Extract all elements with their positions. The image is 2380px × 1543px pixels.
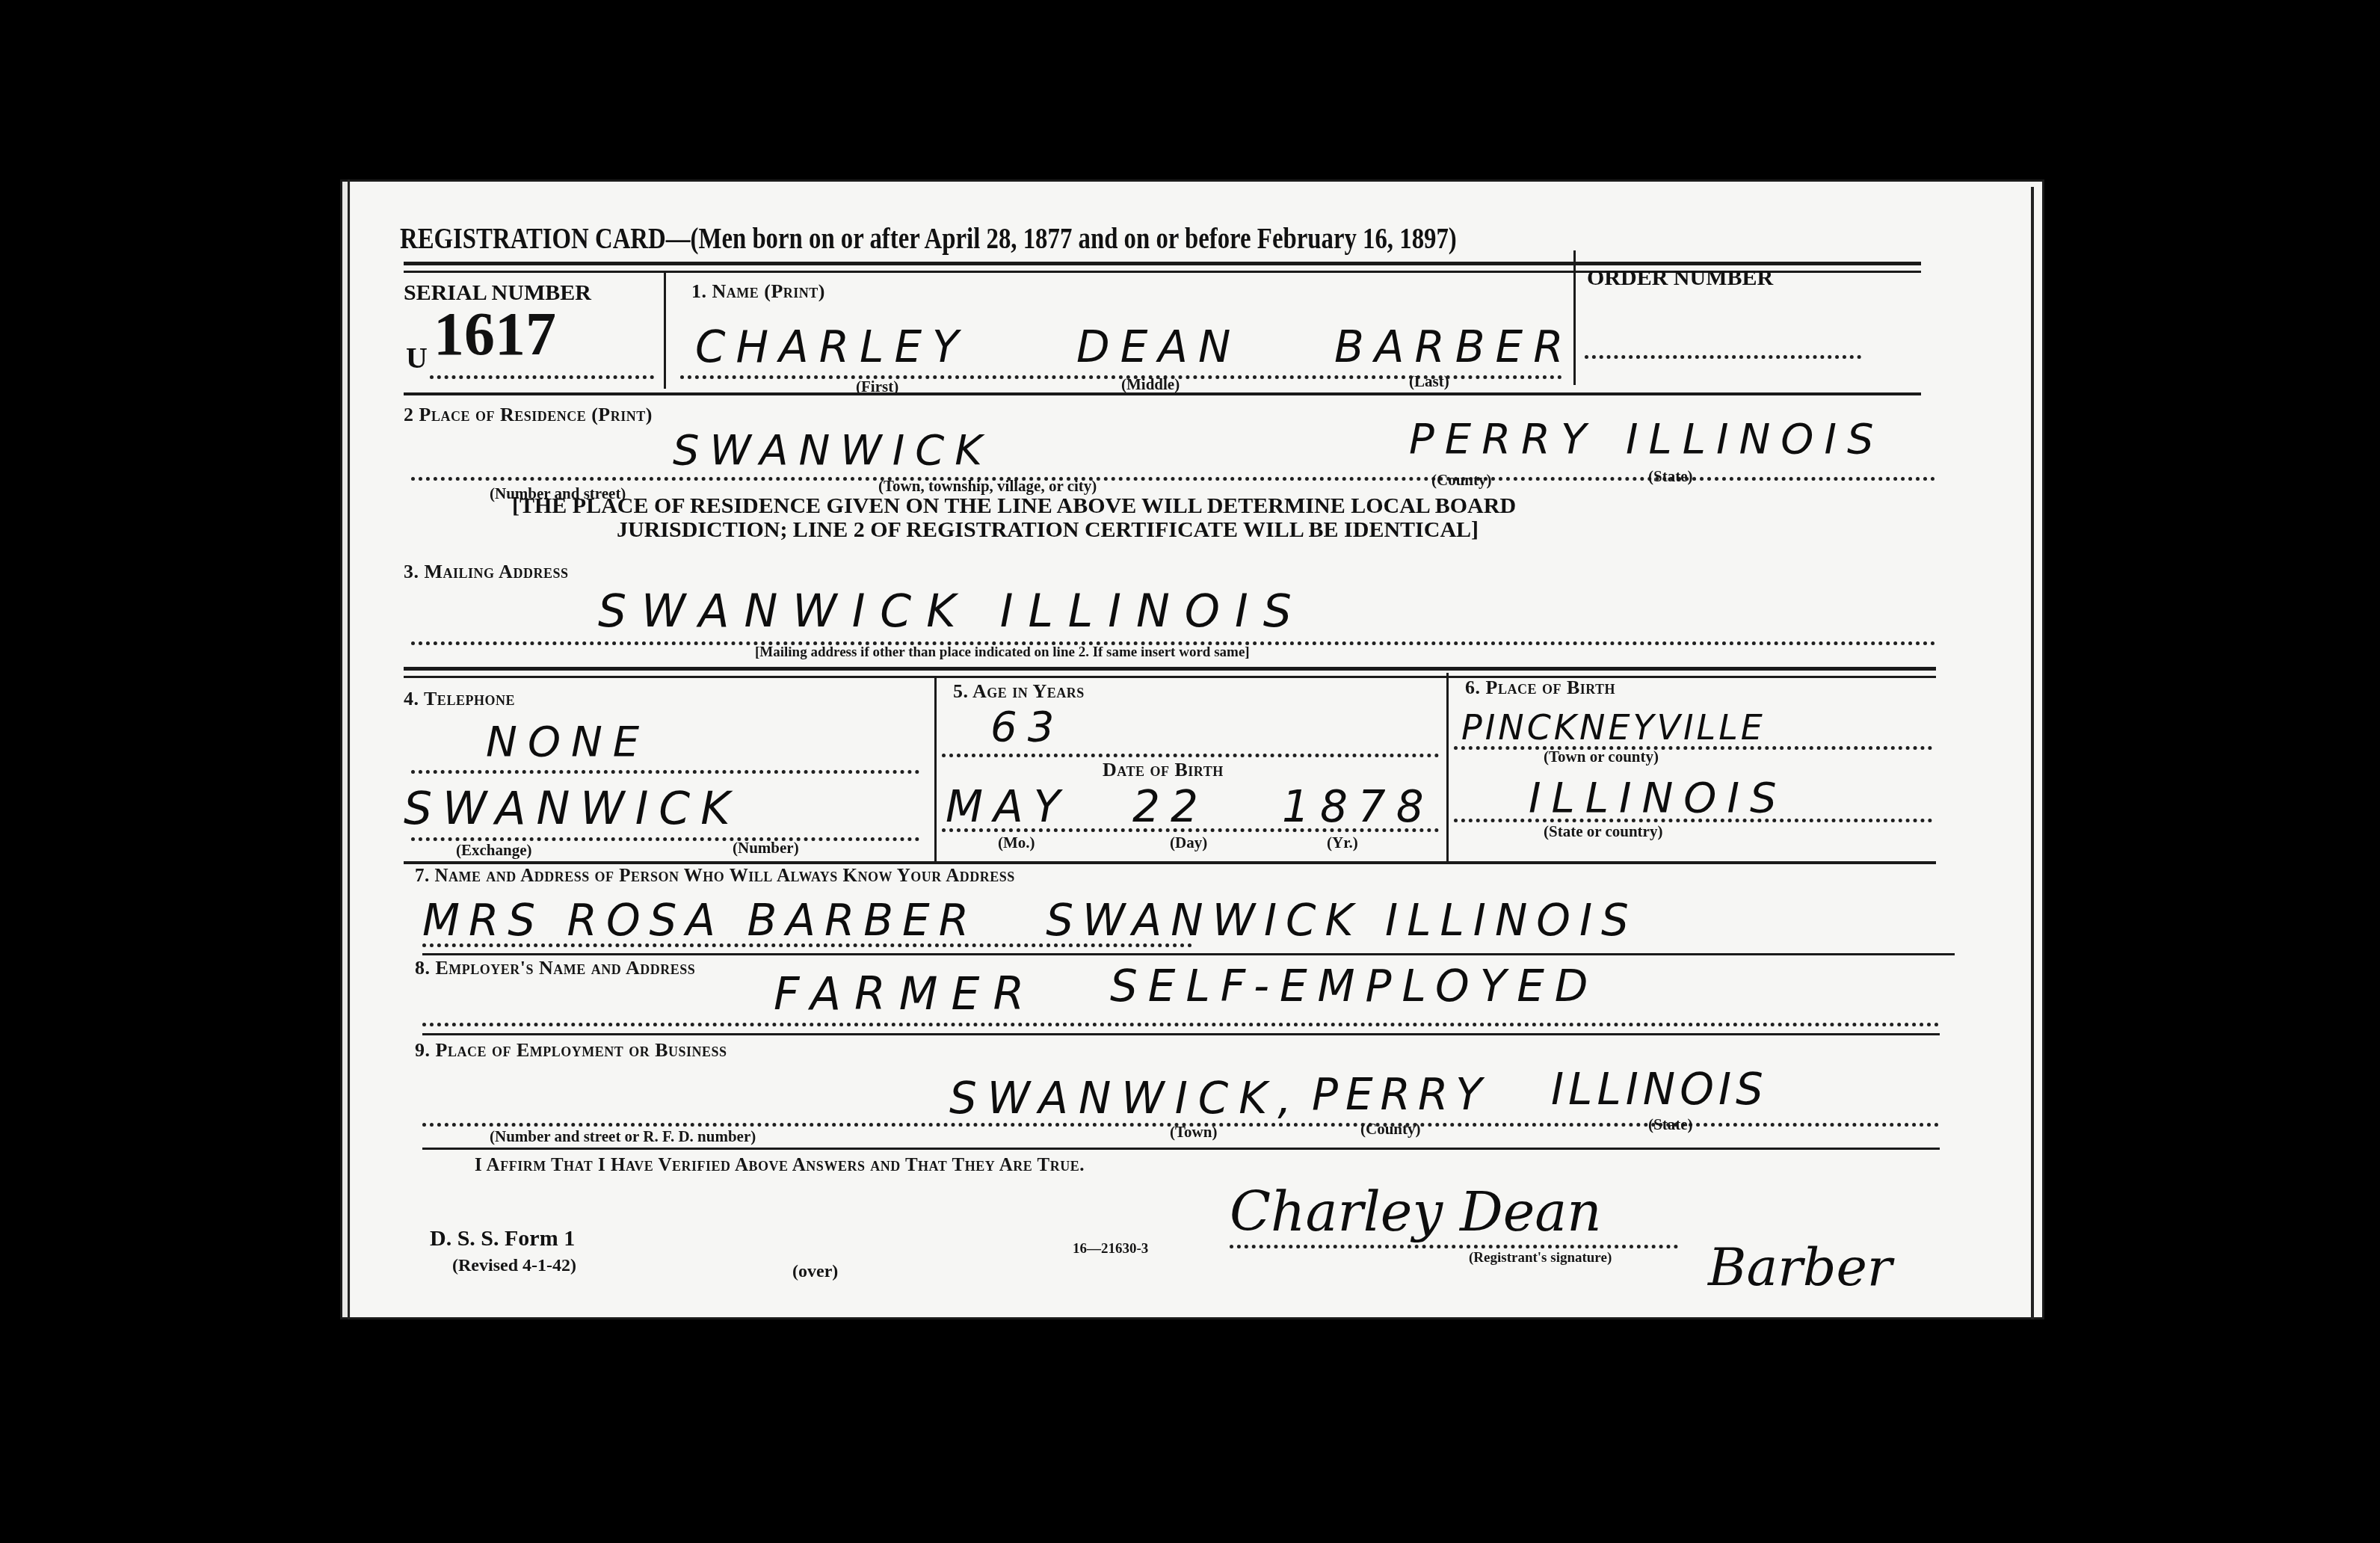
employer-name: Farmer <box>774 972 1038 1017</box>
residence-state: Illinois <box>1626 419 1884 461</box>
employment-county: Perry <box>1312 1073 1490 1116</box>
registrant-signature-line1: Charley Dean <box>1230 1185 1602 1239</box>
age-label: 5. Age in Years <box>953 680 1085 703</box>
dob-month: May <box>946 785 1070 828</box>
name-last-caption: (Last) <box>1409 372 1449 391</box>
age-value: 63 <box>990 706 1064 748</box>
date-of-birth-label: Date of Birth <box>1103 759 1224 781</box>
affirmation-text: I Affirm That I Have Verified Above Answ… <box>475 1155 1085 1176</box>
registration-card: REGISTRATION CARD—(Men born on or after … <box>340 179 2044 1319</box>
birthplace-town: Pinckneyville <box>1461 710 1766 745</box>
dob-day-caption: (Day) <box>1170 834 1207 852</box>
birthplace-state: Illinois <box>1529 777 1786 819</box>
name-label: 1. Name (Print) <box>691 280 825 303</box>
employment-town-caption: (Town) <box>1170 1123 1217 1142</box>
serial-prefix: U <box>406 340 428 375</box>
contact-person-value: Mrs Rosa Barber Swanwick Illinois <box>422 899 1638 942</box>
form-number: D. S. S. Form 1 <box>430 1226 575 1251</box>
name-middle-caption: (Middle) <box>1121 375 1180 394</box>
employer-label: 8. Employer's Name and Address <box>415 957 695 979</box>
place-of-birth-label: 6. Place of Birth <box>1465 677 1615 699</box>
telephone-number-caption: (Number) <box>733 839 799 857</box>
dob-month-caption: (Mo.) <box>998 834 1035 852</box>
contact-person-label: 7. Name and Address of Person Who Will A… <box>415 866 1015 887</box>
residence-county: Perry <box>1409 419 1597 461</box>
telephone-exchange: Swanwick <box>404 786 741 831</box>
residence-county-caption: (County) <box>1431 471 1492 490</box>
print-code: 16—21630-3 <box>1073 1241 1148 1257</box>
name-last: Barber <box>1334 325 1574 369</box>
birthplace-state-caption: (State or country) <box>1544 822 1662 841</box>
form-revised: (Revised 4-1-42) <box>452 1256 576 1276</box>
residence-label: 2 Place of Residence (Print) <box>404 404 653 426</box>
employment-county-caption: (County) <box>1360 1120 1421 1139</box>
birthplace-town-caption: (Town or county) <box>1544 748 1659 766</box>
over-indicator: (over) <box>792 1262 838 1282</box>
employment-place-label: 9. Place of Employment or Business <box>415 1039 727 1062</box>
residence-state-caption: (State) <box>1648 467 1692 486</box>
card-title: REGISTRATION CARD <box>400 221 666 255</box>
card-title-subtitle: —(Men born on or after April 28, 1877 an… <box>666 221 1457 255</box>
employment-state-caption: (State) <box>1648 1115 1692 1134</box>
card-title-row: REGISTRATION CARD—(Men born on or after … <box>400 221 1457 256</box>
signature-caption: (Registrant's signature) <box>1469 1250 1612 1266</box>
name-middle: Dean <box>1076 325 1241 369</box>
employer-address: Self-Employed <box>1110 964 1598 1008</box>
dob-day: 22 <box>1132 785 1209 828</box>
mailing-address-value: Swanwick Illinois <box>598 589 1307 634</box>
mailing-address-label: 3. Mailing Address <box>404 561 568 583</box>
dob-year-caption: (Yr.) <box>1327 834 1358 852</box>
name-first: Charley <box>695 325 969 369</box>
mailing-address-caption: [Mailing address if other than place ind… <box>755 644 1250 661</box>
registrant-signature-line2: Barber <box>1708 1241 1892 1293</box>
serial-number-value: 1617 <box>434 299 556 369</box>
telephone-value: None <box>486 721 650 763</box>
employment-state: Illinois <box>1551 1068 1768 1111</box>
employment-street-caption: (Number and street or R. F. D. number) <box>490 1127 756 1146</box>
order-number-label: ORDER NUMBER <box>1587 265 1773 291</box>
residence-notice-line2: JURISDICTION; LINE 2 OF REGISTRATION CER… <box>617 517 1479 543</box>
telephone-label: 4. Telephone <box>404 688 515 710</box>
residence-notice-line1: [THE PLACE OF RESIDENCE GIVEN ON THE LIN… <box>512 493 1516 519</box>
residence-town: Swanwick <box>673 430 993 472</box>
dob-year: 1878 <box>1282 785 1434 828</box>
telephone-exchange-caption: (Exchange) <box>456 841 532 860</box>
employment-town: Swanwick, <box>949 1077 1302 1120</box>
